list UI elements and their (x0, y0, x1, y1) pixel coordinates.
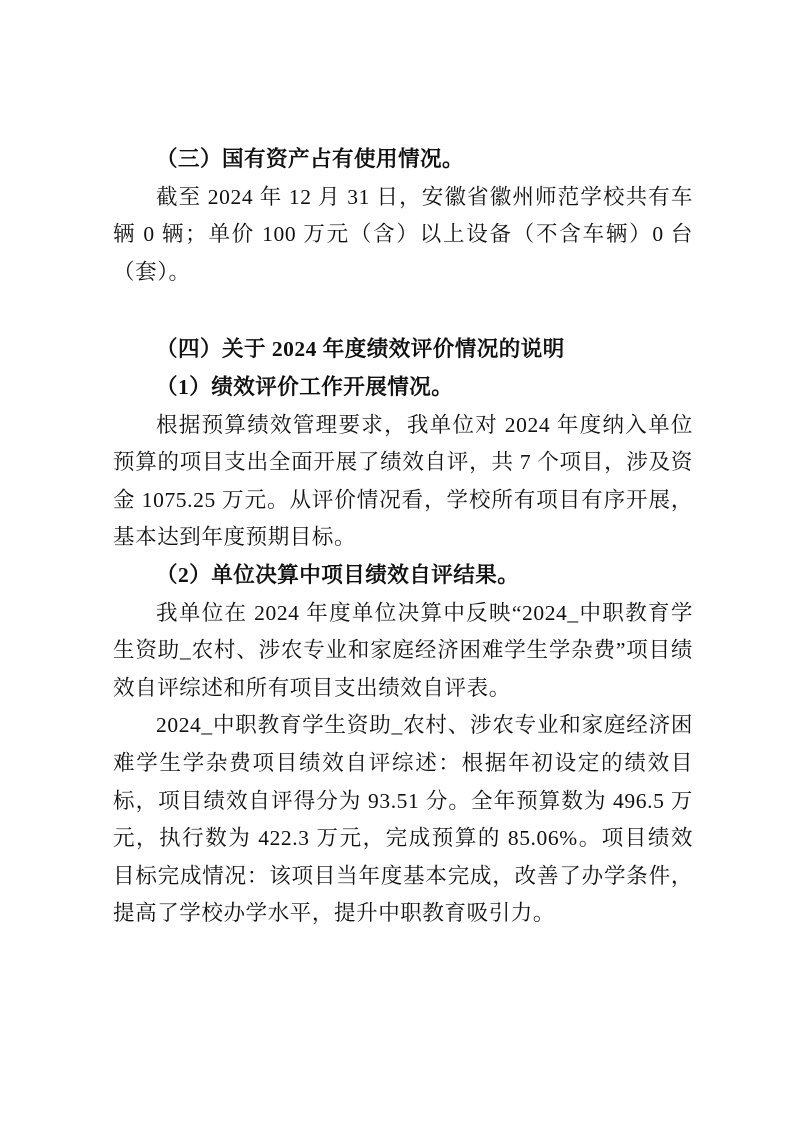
paragraph-project-self-evaluation-detail: 2024_中职教育学生资助_农村、涉农专业和家庭经济困难学生学杂费项目绩效自评综… (113, 707, 693, 933)
subsection-heading-self-evaluation-results: （2）单位决算中项目绩效自评结果。 (113, 557, 693, 595)
paragraph-state-assets-usage: 截至 2024 年 12 月 31 日，安徽省徽州师范学校共有车辆 0 辆；单价… (113, 179, 693, 292)
section-heading-state-assets: （三）国有资产占有使用情况。 (113, 141, 693, 179)
paragraph-evaluation-work: 根据预算绩效管理要求，我单位对 2024 年度纳入单位预算的项目支出全面开展了绩… (113, 407, 693, 557)
paragraph-self-evaluation-summary-intro: 我单位在 2024 年度单位决算中反映“2024_中职教育学生资助_农村、涉农专… (113, 595, 693, 708)
document-page: （三）国有资产占有使用情况。 截至 2024 年 12 月 31 日，安徽省徽州… (0, 0, 793, 1122)
subsection-heading-evaluation-work: （1）绩效评价工作开展情况。 (113, 369, 693, 407)
section-heading-performance-evaluation: （四）关于 2024 年度绩效评价情况的说明 (113, 331, 693, 369)
